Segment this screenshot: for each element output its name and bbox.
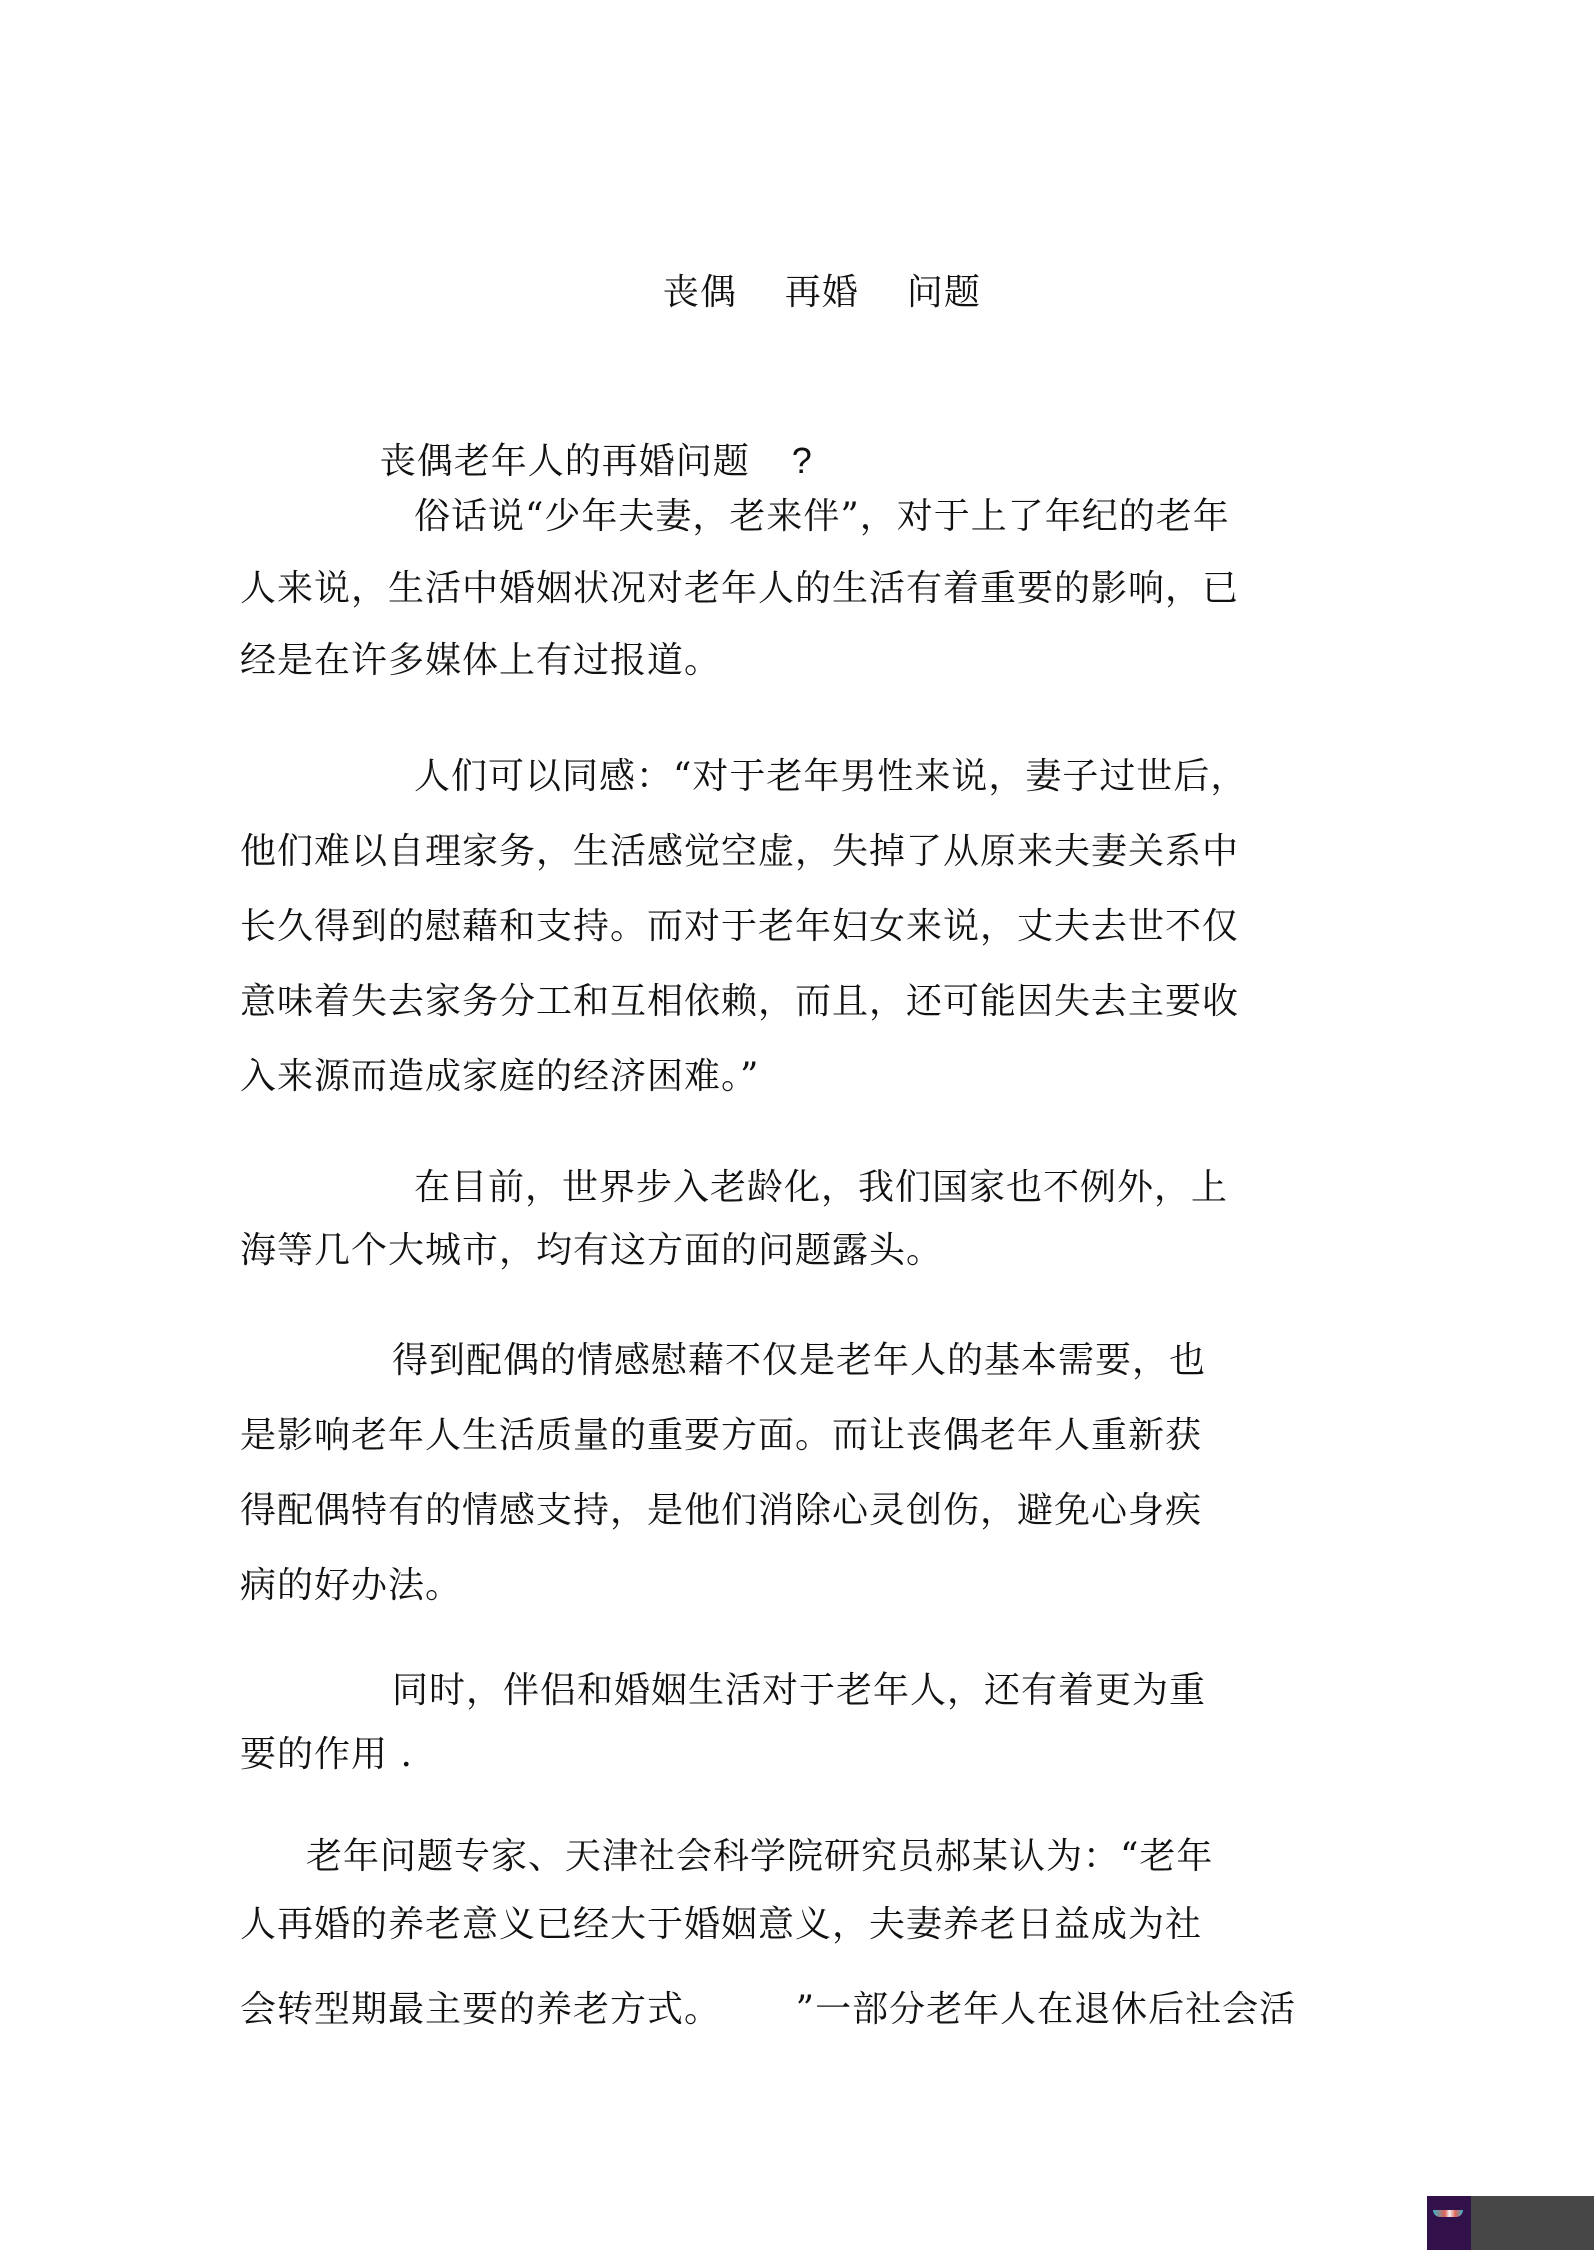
paragraph-line: 会转型期最主要的养老方式。 ”一部分老年人在退休后社会活	[240, 1985, 1296, 2035]
brand-logo-icon[interactable]	[1427, 2196, 1471, 2250]
paragraph-line: 意味着失去家务分工和互相依赖，而且，还可能因失去主要收	[240, 977, 1239, 1027]
title-part: 问题	[907, 268, 981, 318]
paragraph-line: 俗话说“少年夫妻，老来伴”，对于上了年纪的老年	[414, 492, 1230, 542]
paragraph-line: 得配偶特有的情感支持，是他们消除心灵创伤，避免心身疾	[240, 1486, 1202, 1536]
paragraph-line: 人们可以同感：“对于老年男性来说，妻子过世后，	[414, 752, 1247, 802]
section-heading-text: 丧偶老年人的再婚问题	[380, 441, 750, 482]
paragraph-line: 人来说，生活中婚姻状况对老年人的生活有着重要的影响，已	[240, 564, 1239, 614]
paragraph-line: 入来源而造成家庭的经济困难。”	[240, 1052, 759, 1102]
document-title: 丧偶再婚问题	[0, 218, 1594, 368]
paragraph-line: 海等几个大城市，均有这方面的问题露头。	[240, 1226, 943, 1276]
paragraph-line: 病的好办法。	[240, 1561, 462, 1611]
paragraph-line: 得到配偶的情感慰藉不仅是老年人的基本需要，也	[392, 1336, 1206, 1386]
paragraph-line: 经是在许多媒体上有过报道。	[240, 636, 721, 686]
paragraph-line: 在目前，世界步入老龄化，我们国家也不例外，上	[414, 1163, 1228, 1213]
widget-panel[interactable]	[1471, 2196, 1594, 2250]
question-mark: ?	[792, 440, 813, 481]
paragraph-line: 老年问题专家、天津社会科学院研究员郝某认为：“老年	[306, 1832, 1213, 1882]
floating-widget[interactable]	[1427, 2196, 1594, 2250]
paragraph-line: 要的作用 .	[240, 1730, 413, 1780]
paragraph-line: 人再婚的养老意义已经大于婚姻意义，夫妻养老日益成为社	[240, 1900, 1202, 1950]
paragraph-line: 长久得到的慰藉和支持。而对于老年妇女来说，丈夫去世不仅	[240, 902, 1239, 952]
paragraph-line: 他们难以自理家务，生活感觉空虚，失掉了从原来夫妻关系中	[240, 827, 1239, 877]
document-page: 丧偶再婚问题 丧偶老年人的再婚问题? 俗话说“少年夫妻，老来伴”，对于上了年纪的…	[0, 0, 1594, 2255]
logo-mark-icon	[1433, 2210, 1463, 2217]
title-part: 再婚	[785, 268, 859, 318]
title-part: 丧偶	[663, 268, 737, 318]
paragraph-line: 是影响老年人生活质量的重要方面。而让丧偶老年人重新获	[240, 1411, 1202, 1461]
paragraph-line: 同时，伴侣和婚姻生活对于老年人，还有着更为重	[392, 1666, 1206, 1716]
